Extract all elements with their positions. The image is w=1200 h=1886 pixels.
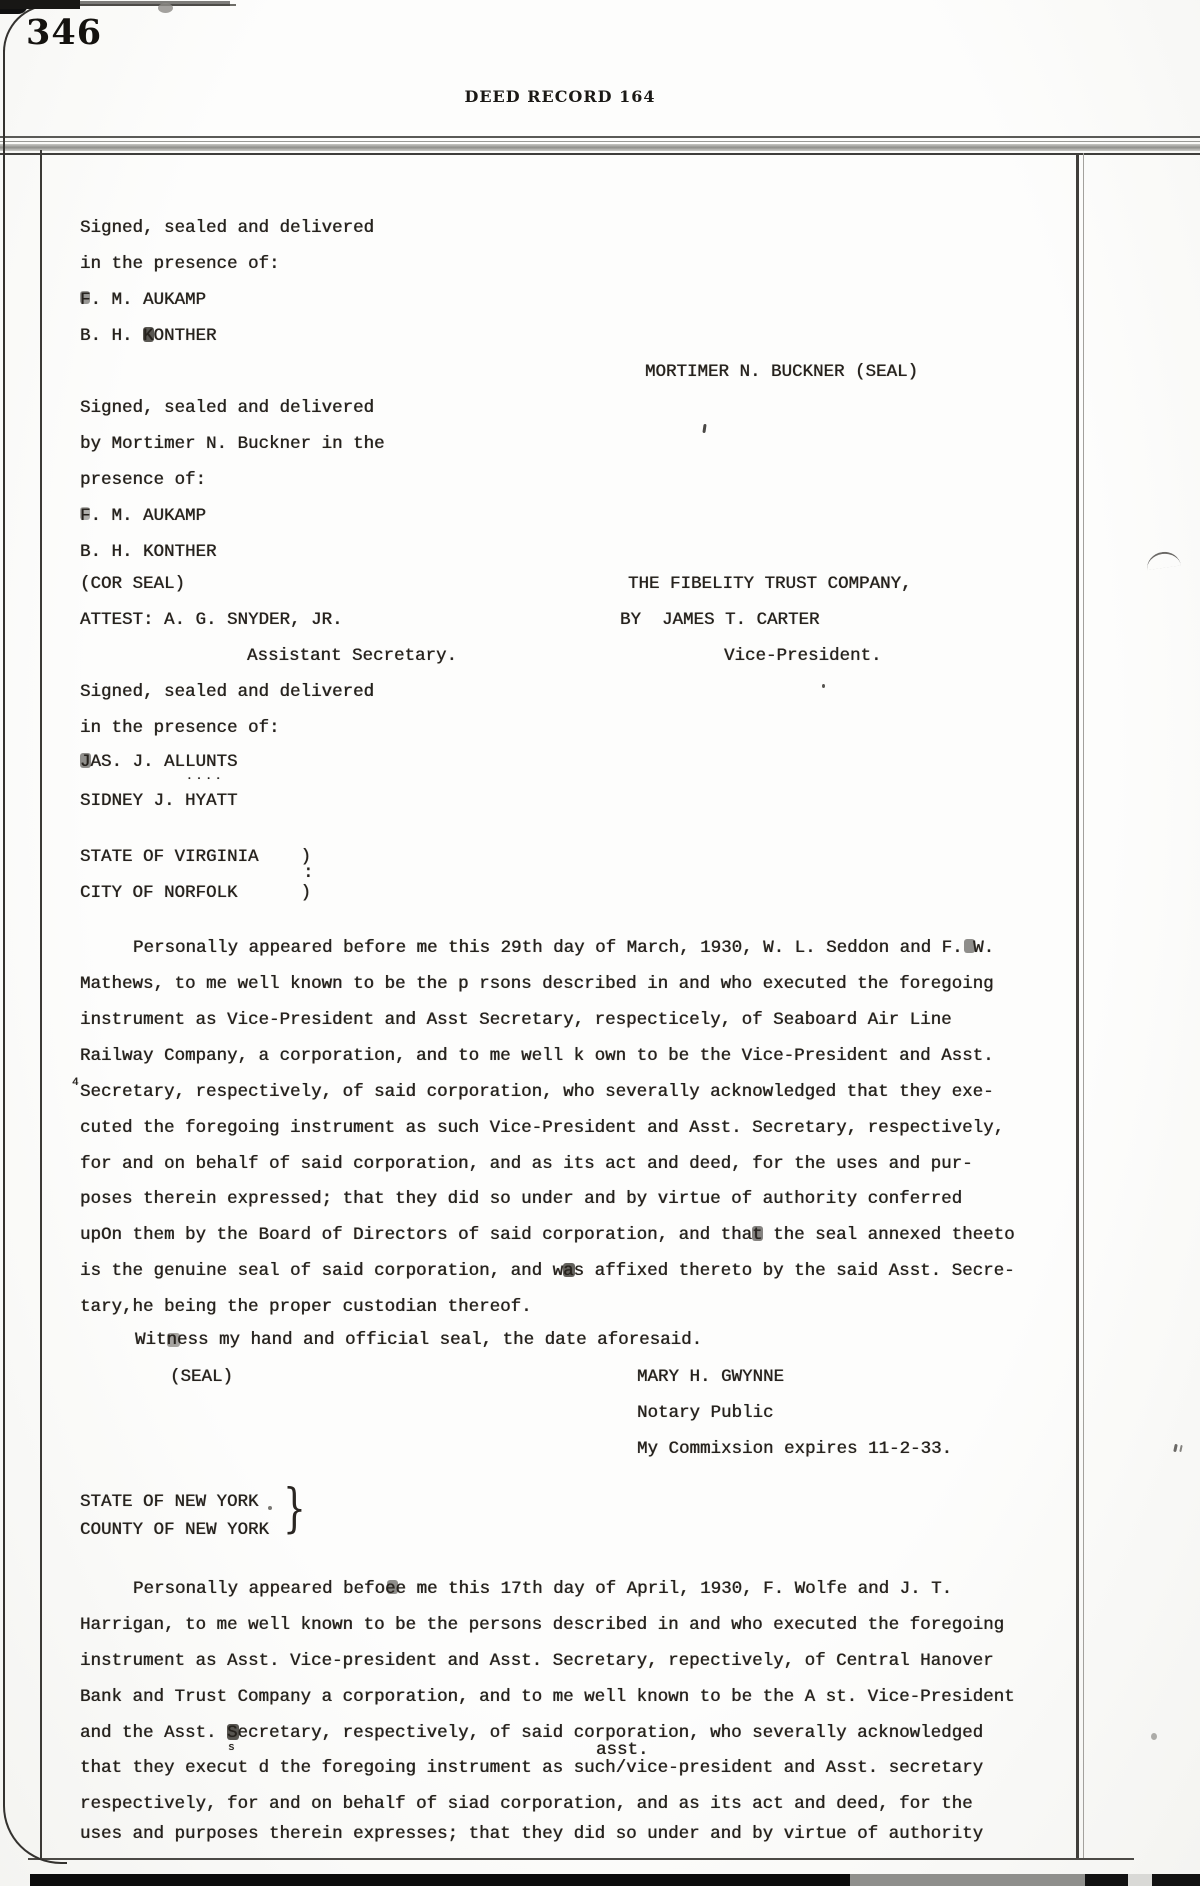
- document-page: 346 DEED RECORD 164 Signed, sealed and d…: [0, 0, 1200, 1886]
- text-line: in the presence of:: [80, 253, 280, 275]
- text-line: MORTIMER N. BUCKNER (SEAL): [645, 361, 918, 383]
- text-line: instrument as Vice-President and Asst Se…: [80, 1009, 952, 1031]
- scan-dot-top: [158, 3, 173, 13]
- text-line: Personally appeared before me this 29th …: [133, 937, 994, 959]
- text-line: for and on behalf of said corporation, a…: [80, 1153, 973, 1175]
- text-line: instrument as Asst. Vice-president and A…: [80, 1650, 994, 1672]
- text-line: STATE OF NEW YORK: [80, 1491, 259, 1513]
- stray-apostrophe: [702, 424, 706, 433]
- stray-dot: [822, 684, 825, 688]
- text-line: Personally appeared befoee me this 17th …: [133, 1578, 952, 1600]
- text-line: Witness my hand and official seal, the d…: [135, 1329, 702, 1351]
- text-line: Assistant Secretary.: [247, 645, 457, 667]
- text-line: Signed, sealed and delivered: [80, 681, 374, 703]
- text-line: THE FIBELITY TRUST COMPANY,: [628, 573, 912, 595]
- text-line: and the Asst. Secretary, respectively, o…: [80, 1722, 983, 1744]
- text-line: Notary Public: [637, 1402, 774, 1424]
- text-line: respectively, for and on behalf of siad …: [80, 1793, 973, 1815]
- text-line: F. M. AUKAMP: [80, 289, 206, 311]
- text-line: 4: [72, 1077, 79, 1089]
- text-line: tary,he being the proper custodian there…: [80, 1296, 532, 1318]
- text-line: ....: [186, 772, 224, 783]
- text-line: B. H. KONTHER: [80, 325, 217, 347]
- text-line: JAS. J. ALLUNTS: [80, 751, 238, 773]
- text-line: Vice-President.: [724, 645, 882, 667]
- text-line: BY JAMES T. CARTER: [620, 609, 820, 631]
- page-corner-bottom-left: [3, 1766, 67, 1864]
- text-line: MARY H. GWYNNE: [637, 1366, 784, 1388]
- text-line: presence of:: [80, 469, 206, 491]
- text-line: Harrigan, to me well known to be the per…: [80, 1614, 1004, 1636]
- scan-bar-bottom-mid: [850, 1874, 1085, 1886]
- page-header: DEED RECORD 164: [0, 88, 1120, 106]
- text-line: is the genuine seal of said corporation,…: [80, 1260, 1015, 1282]
- column-border-left: [40, 150, 42, 1860]
- text-line: Bank and Trust Company a corporation, an…: [80, 1686, 1015, 1708]
- text-line: Mathews, to me well known to be the p rs…: [80, 973, 994, 995]
- column-border-right: [1076, 153, 1079, 1860]
- text-line: Secretary, respectively, of said corpora…: [80, 1081, 994, 1103]
- text-line: that they execut d the foregoing instrum…: [80, 1757, 983, 1779]
- text-line: upOn them by the Board of Directors of s…: [80, 1224, 1015, 1246]
- header-rule-band: [0, 144, 1200, 151]
- page-edge-left: [3, 50, 5, 1790]
- margin-tick-mark: [1173, 1444, 1178, 1452]
- header-rule-top: [0, 136, 1200, 138]
- text-line: s: [228, 1742, 235, 1754]
- text-line: Signed, sealed and delivered: [80, 397, 374, 419]
- text-line: (COR SEAL): [80, 573, 185, 595]
- scan-smudge-top: [0, 0, 80, 9]
- text-line: poses therein expressed; that they did s…: [80, 1188, 962, 1210]
- text-line: STATE OF VIRGINIA ): [80, 846, 311, 868]
- text-line: CITY OF NORFOLK ): [80, 882, 311, 904]
- text-line: Railway Company, a corporation, and to m…: [80, 1045, 994, 1067]
- column-border-bottom: [28, 1858, 1134, 1860]
- scan-bar-bottom-left: [30, 1874, 850, 1886]
- column-border-right-faint: [1083, 153, 1084, 1860]
- text-line: :: [303, 862, 314, 884]
- text-line: by Mortimer N. Buckner in the: [80, 433, 385, 455]
- header-rule-thin: [0, 141, 1200, 142]
- text-line: B. H. KONTHER: [80, 541, 217, 563]
- text-line: Signed, sealed and delivered: [80, 217, 374, 239]
- header-rule-bottom: [0, 153, 1200, 155]
- text-line: }: [283, 1482, 306, 1535]
- margin-tick-mark-2: [1179, 1445, 1182, 1452]
- text-line: cuted the foregoing instrument as such V…: [80, 1117, 1004, 1139]
- scan-bar-notch: [1128, 1874, 1152, 1886]
- venue-stray-dot: [268, 1506, 272, 1510]
- text-line: (SEAL): [170, 1366, 233, 1388]
- text-line: F. M. AUKAMP: [80, 505, 206, 527]
- margin-dot: [1151, 1733, 1157, 1740]
- text-line: SIDNEY J. HYATT: [80, 790, 238, 812]
- text-line: My Commixsion expires 11-2-33.: [637, 1438, 952, 1460]
- text-line: COUNTY OF NEW YORK: [80, 1519, 269, 1541]
- scan-smudge-top-2: [80, 1, 230, 6]
- text-line: in the presence of:: [80, 717, 280, 739]
- margin-curve-mark: [1145, 550, 1181, 571]
- text-line: uses and purposes therein expresses; tha…: [80, 1823, 983, 1845]
- text-line: ATTEST: A. G. SNYDER, JR.: [80, 609, 343, 631]
